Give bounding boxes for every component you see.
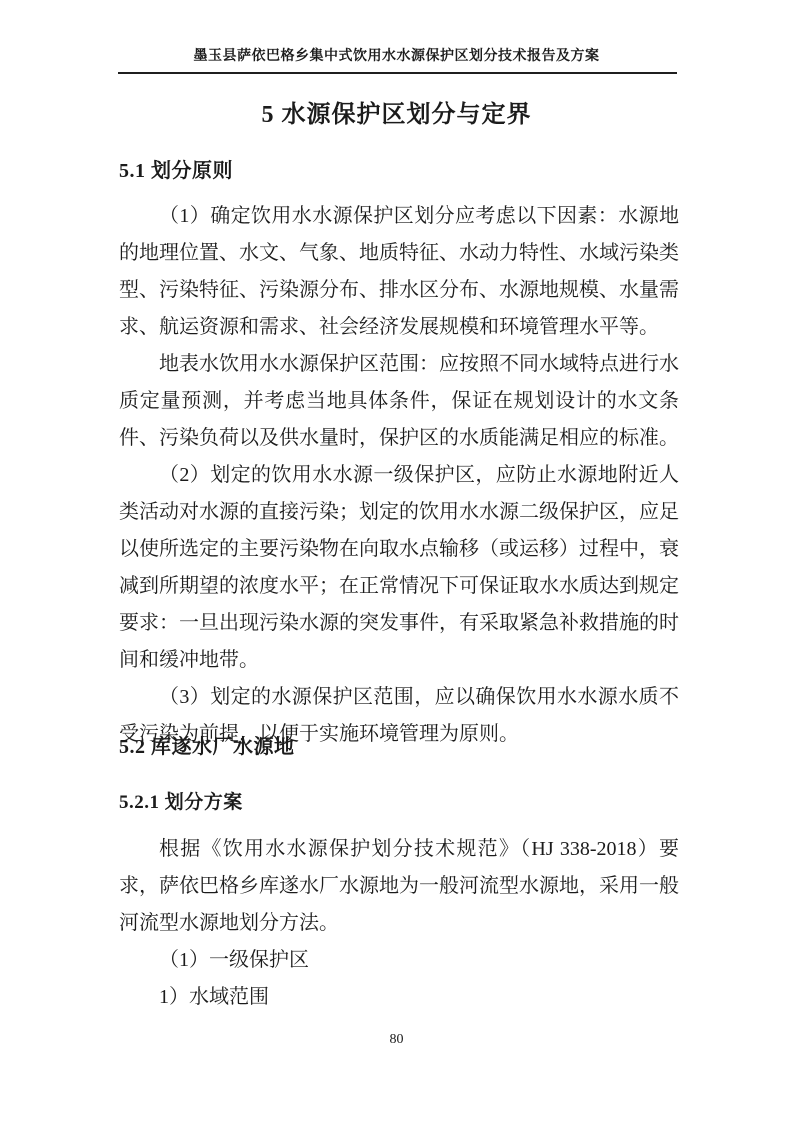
paragraph-5-1-1: （1）确定饮用水水源保护区划分应考虑以下因素：水源地的地理位置、水文、气象、地质… <box>119 198 679 346</box>
document-page: 墨玉县萨依巴格乡集中式饮用水水源保护区划分技术报告及方案 5 水源保护区划分与定… <box>0 0 793 1122</box>
paragraph-5-1-2: 地表水饮用水水源保护区范围：应按照不同水域特点进行水质定量预测，并考虑当地具体条… <box>119 346 679 457</box>
section-5-1-body: （1）确定饮用水水源保护区划分应考虑以下因素：水源地的地理位置、水文、气象、地质… <box>119 198 679 753</box>
section-5-2-heading: 5.2 库遂水厂水源地 <box>119 733 295 761</box>
subsection-5-2-1-heading: 5.2.1 划分方案 <box>119 789 243 817</box>
paragraph-5-2-1-1: 根据《饮用水水源保护划分技术规范》（HJ 338-2018）要求，萨依巴格乡库遂… <box>119 831 679 942</box>
paragraph-5-1-3: （2）划定的饮用水水源一级保护区，应防止水源地附近人类活动对水源的直接污染；划定… <box>119 457 679 679</box>
running-header-title: 墨玉县萨依巴格乡集中式饮用水水源保护区划分技术报告及方案 <box>0 49 793 65</box>
list-item-first-protection-zone: （1）一级保护区 <box>119 942 679 979</box>
chapter-title: 5 水源保护区划分与定界 <box>0 99 793 131</box>
section-5-1-heading: 5.1 划分原则 <box>119 157 233 185</box>
page-number: 80 <box>0 1031 793 1049</box>
header-rule <box>118 72 677 74</box>
list-item-water-area-scope: 1）水域范围 <box>119 979 679 1016</box>
subsection-5-2-1-body: 根据《饮用水水源保护划分技术规范》（HJ 338-2018）要求，萨依巴格乡库遂… <box>119 831 679 1016</box>
